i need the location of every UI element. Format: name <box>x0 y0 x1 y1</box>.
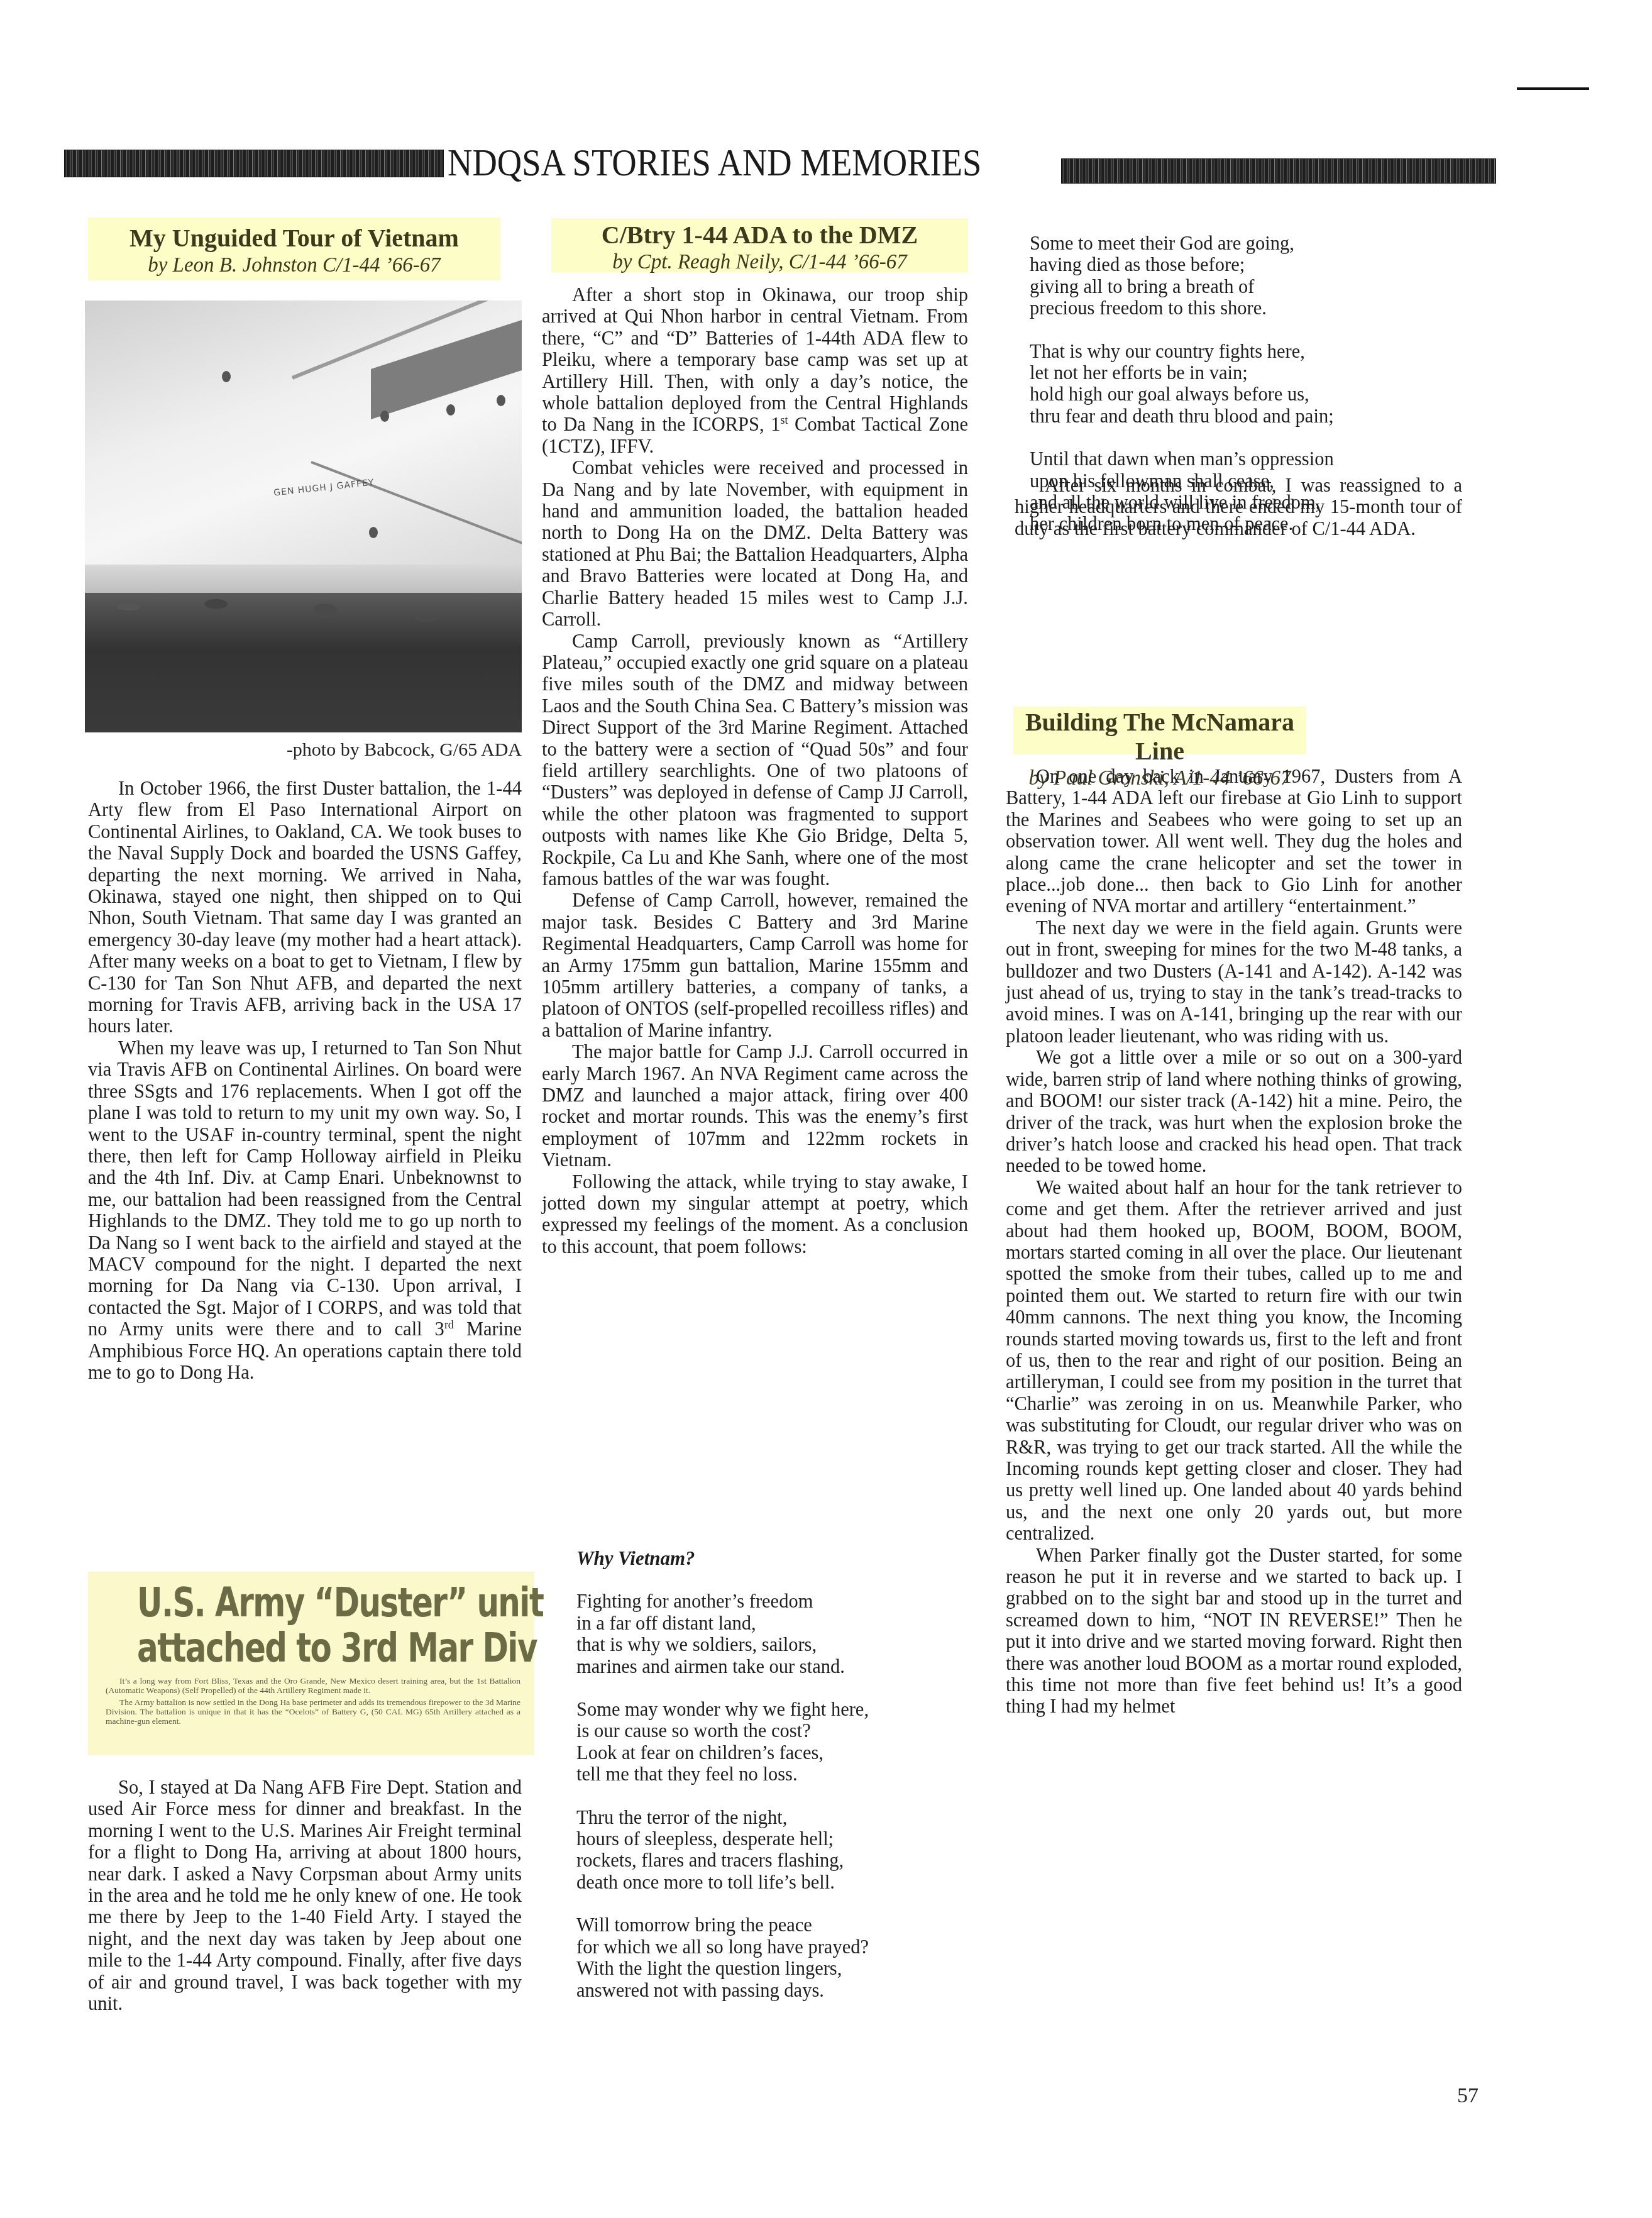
poem-stanza: That is why our country fights here, let… <box>1030 341 1334 428</box>
article-3-body: On one day back in January 1967, Dusters… <box>1006 766 1462 1718</box>
poem-stanza: Some to meet their God are going, having… <box>1030 233 1334 319</box>
article-3-title-box: Building The McNamara Line by Paul Grons… <box>1013 707 1306 754</box>
ship-hull <box>85 301 522 565</box>
porthole <box>446 404 455 416</box>
clipping-paragraph: It’s a long way from Fort Bliss, Texas a… <box>106 1676 520 1695</box>
paragraph: After six months in combat, I was reassi… <box>1015 475 1462 539</box>
paragraph: When Parker finally got the Duster start… <box>1006 1545 1462 1718</box>
article-1-byline: by Leon B. Johnston C/1-44 ’66-67 <box>88 253 500 278</box>
paragraph: The major battle for Camp J.J. Carroll o… <box>542 1041 968 1171</box>
photo-caption: -photo by Babcock, G/65 ADA <box>88 739 522 761</box>
paragraph: Defense of Camp Carroll, however, remain… <box>542 890 968 1041</box>
porthole <box>369 527 378 538</box>
article-2-byline: by Cpt. Reagh Neily, C/1-44 ’66-67 <box>551 250 968 275</box>
paragraph: When my leave was up, I returned to Tan … <box>88 1037 522 1384</box>
article-3-title: Building The McNamara Line <box>1013 708 1306 766</box>
article-1-title: My Unguided Tour of Vietnam <box>88 224 500 253</box>
article-2-title-box: C/Btry 1-44 ADA to the DMZ by Cpt. Reagh… <box>551 218 968 272</box>
paragraph: The next day we were in the field again.… <box>1006 917 1462 1047</box>
page-number: 57 <box>1457 2084 1479 2108</box>
porthole <box>222 371 231 382</box>
poem-stanza: Fighting for another’s freedom in a far … <box>576 1591 869 1677</box>
paragraph: Following the attack, while trying to st… <box>542 1171 968 1258</box>
poem-stanza: Thru the terror of the night, hours of s… <box>576 1807 869 1894</box>
article-1-title-box: My Unguided Tour of Vietnam by Leon B. J… <box>88 218 500 280</box>
paragraph: On one day back in January 1967, Dusters… <box>1006 766 1462 917</box>
article-2-closing: After six months in combat, I was reassi… <box>1015 475 1462 539</box>
article-2-body: After a short stop in Okinawa, our troop… <box>542 284 968 1257</box>
section-title: NDQSA STORIES AND MEMORIES <box>448 141 984 185</box>
paragraph: Camp Carroll, previously known as “Artil… <box>542 631 968 890</box>
header-bar-right <box>1061 158 1496 184</box>
paragraph: We waited about half an hour for the tan… <box>1006 1177 1462 1545</box>
header-bar-left <box>64 150 444 177</box>
poem-stanza: Some may wonder why we fight here, is ou… <box>576 1699 869 1785</box>
article-1-body-bottom: So, I stayed at Da Nang AFB Fire Dept. S… <box>88 1777 522 2014</box>
troopship-photo: GEN HUGH J GAFFEY <box>85 301 522 732</box>
top-corner-rule <box>1517 87 1589 90</box>
crowd-of-soldiers <box>85 593 522 732</box>
poem-part-1: Why Vietnam? Fighting for another’s free… <box>576 1548 869 2022</box>
poem-stanza: Will tomorrow bring the peace for which … <box>576 1914 869 2001</box>
paragraph: After a short stop in Okinawa, our troop… <box>542 284 968 457</box>
clipping-headline-1: U.S. Army “Duster” unit <box>137 1581 485 1626</box>
newspaper-clipping: U.S. Army “Duster” unit attached to 3rd … <box>88 1572 534 1755</box>
poem-title: Why Vietnam? <box>576 1548 869 1569</box>
porthole <box>497 395 505 406</box>
article-2-title: C/Btry 1-44 ADA to the DMZ <box>551 221 968 250</box>
article-1-body-top: In October 1966, the first Duster battal… <box>88 778 522 1383</box>
paragraph: Combat vehicles were received and proces… <box>542 457 968 630</box>
paragraph: We got a little over a mile or so out on… <box>1006 1047 1462 1176</box>
clipping-body: It’s a long way from Fort Bliss, Texas a… <box>88 1671 534 1726</box>
clipping-paragraph: The Army battalion is now settled in the… <box>106 1697 520 1726</box>
paragraph: So, I stayed at Da Nang AFB Fire Dept. S… <box>88 1777 522 2014</box>
clipping-headline-2: attached to 3rd Mar Div <box>137 1626 485 1671</box>
porthole <box>380 411 389 422</box>
paragraph: In October 1966, the first Duster battal… <box>88 778 522 1037</box>
